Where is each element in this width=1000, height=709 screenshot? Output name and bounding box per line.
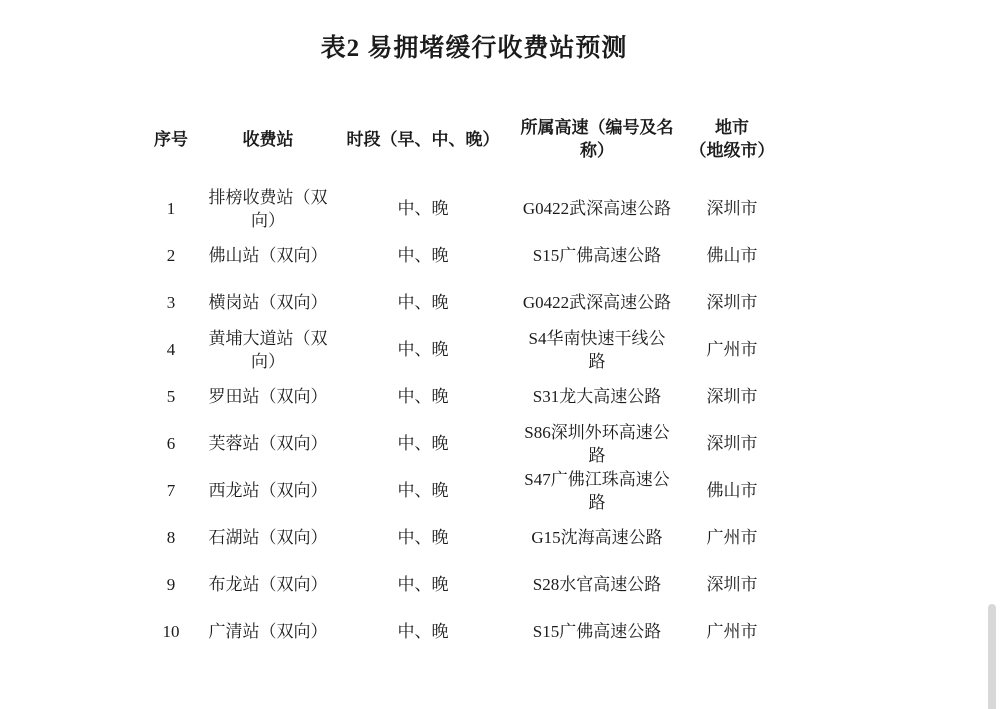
column-header-station: 收费站 [197, 101, 339, 177]
cell-index: 6 [145, 420, 197, 467]
cell-city: 深圳市 [687, 373, 777, 420]
cell-city: 深圳市 [687, 185, 777, 232]
table-row: 3 横岗站（双向） 中、晚 G0422武深高速公路 深圳市 [145, 279, 777, 326]
cell-index: 5 [145, 373, 197, 420]
cell-index: 8 [145, 514, 197, 561]
cell-highway: S15广佛高速公路 [507, 608, 687, 655]
cell-period: 中、晚 [339, 185, 507, 232]
cell-city: 深圳市 [687, 561, 777, 608]
cell-city: 广州市 [687, 326, 777, 373]
cell-station: 芙蓉站（双向） [197, 420, 339, 467]
cell-index: 10 [145, 608, 197, 655]
table-row: 1 排榜收费站（双 向） 中、晚 G0422武深高速公路 深圳市 [145, 185, 777, 232]
cell-period: 中、晚 [339, 279, 507, 326]
cell-highway: S4华南快速干线公 路 [507, 326, 687, 373]
cell-station: 广清站（双向） [197, 608, 339, 655]
cell-index: 4 [145, 326, 197, 373]
vertical-scrollbar-thumb[interactable] [988, 604, 996, 709]
congestion-toll-stations-table: 序号 收费站 时段（早、中、晚） 所属高速（编号及名 称） 地市 （地级市） 1… [145, 101, 777, 655]
cell-period: 中、晚 [339, 608, 507, 655]
cell-highway: G0422武深高速公路 [507, 279, 687, 326]
cell-index: 9 [145, 561, 197, 608]
cell-period: 中、晚 [339, 514, 507, 561]
cell-index: 7 [145, 467, 197, 514]
column-header-highway: 所属高速（编号及名 称） [507, 101, 687, 177]
document-page: 表2 易拥堵缓行收费站预测 序号 收费站 时段（早、中、晚） 所属高速（编号及名… [0, 0, 1000, 709]
table-row: 8 石湖站（双向） 中、晚 G15沈海高速公路 广州市 [145, 514, 777, 561]
cell-city: 广州市 [687, 514, 777, 561]
cell-station: 排榜收费站（双 向） [197, 185, 339, 232]
cell-period: 中、晚 [339, 561, 507, 608]
cell-period: 中、晚 [339, 420, 507, 467]
cell-period: 中、晚 [339, 232, 507, 279]
cell-city: 深圳市 [687, 279, 777, 326]
cell-station: 佛山站（双向） [197, 232, 339, 279]
table-row: 10 广清站（双向） 中、晚 S15广佛高速公路 广州市 [145, 608, 777, 655]
cell-highway: S86深圳外环高速公 路 [507, 420, 687, 467]
cell-period: 中、晚 [339, 467, 507, 514]
cell-period: 中、晚 [339, 326, 507, 373]
table-row: 2 佛山站（双向） 中、晚 S15广佛高速公路 佛山市 [145, 232, 777, 279]
cell-station: 布龙站（双向） [197, 561, 339, 608]
table-row: 9 布龙站（双向） 中、晚 S28水官高速公路 深圳市 [145, 561, 777, 608]
cell-highway: S15广佛高速公路 [507, 232, 687, 279]
cell-highway: S31龙大高速公路 [507, 373, 687, 420]
cell-station: 罗田站（双向） [197, 373, 339, 420]
cell-highway: S28水官高速公路 [507, 561, 687, 608]
cell-highway: G0422武深高速公路 [507, 185, 687, 232]
cell-station: 黄埔大道站（双 向） [197, 326, 339, 373]
table-row: 7 西龙站（双向） 中、晚 S47广佛江珠高速公 路 佛山市 [145, 467, 777, 514]
cell-index: 1 [145, 185, 197, 232]
cell-period: 中、晚 [339, 373, 507, 420]
column-header-period: 时段（早、中、晚） [339, 101, 507, 177]
cell-city: 广州市 [687, 608, 777, 655]
table-row: 6 芙蓉站（双向） 中、晚 S86深圳外环高速公 路 深圳市 [145, 420, 777, 467]
table-title: 表2 易拥堵缓行收费站预测 [0, 28, 948, 64]
cell-station: 石湖站（双向） [197, 514, 339, 561]
table-header-row: 序号 收费站 时段（早、中、晚） 所属高速（编号及名 称） 地市 （地级市） [145, 101, 777, 177]
column-header-index: 序号 [145, 101, 197, 177]
cell-highway: S47广佛江珠高速公 路 [507, 467, 687, 514]
cell-station: 横岗站（双向） [197, 279, 339, 326]
cell-city: 佛山市 [687, 467, 777, 514]
cell-index: 3 [145, 279, 197, 326]
cell-index: 2 [145, 232, 197, 279]
column-header-city: 地市 （地级市） [687, 101, 777, 177]
cell-city: 深圳市 [687, 420, 777, 467]
cell-city: 佛山市 [687, 232, 777, 279]
header-body-spacer [145, 177, 777, 185]
cell-station: 西龙站（双向） [197, 467, 339, 514]
cell-highway: G15沈海高速公路 [507, 514, 687, 561]
table-row: 4 黄埔大道站（双 向） 中、晚 S4华南快速干线公 路 广州市 [145, 326, 777, 373]
table-row: 5 罗田站（双向） 中、晚 S31龙大高速公路 深圳市 [145, 373, 777, 420]
